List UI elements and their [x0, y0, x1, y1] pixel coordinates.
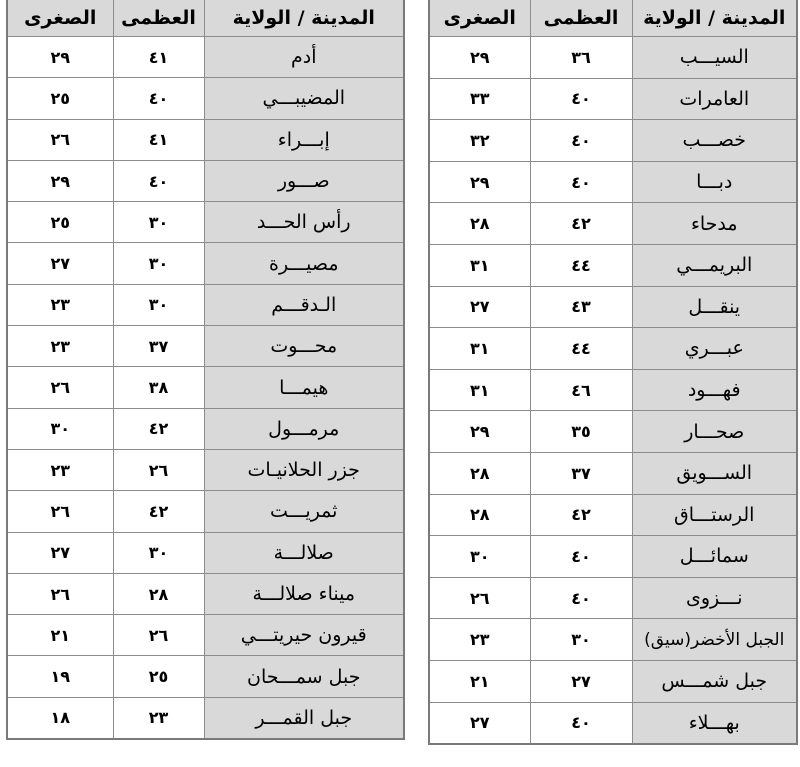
- max-temp-cell: ٤٠: [530, 78, 632, 120]
- max-temp-cell: ٤٠: [530, 536, 632, 578]
- city-cell: جبل سمـــحان: [204, 656, 404, 697]
- min-temp-cell: ٢١: [429, 660, 530, 702]
- max-temp-cell: ٤٠: [530, 702, 632, 744]
- table-row: الرستـــاق٤٢٢٨: [429, 494, 797, 536]
- min-temp-cell: ٢٩: [429, 411, 530, 453]
- max-temp-cell: ٣٨: [113, 367, 204, 408]
- table-row: الســـويق٣٧٢٨: [429, 452, 797, 494]
- min-temp-cell: ٢٩: [7, 160, 113, 201]
- max-temp-cell: ٢٨: [113, 573, 204, 614]
- min-temp-cell: ٣٠: [7, 408, 113, 449]
- city-cell: جبل القمـــر: [204, 697, 404, 739]
- city-cell: محـــوت: [204, 326, 404, 367]
- min-temp-cell: ٢٨: [429, 452, 530, 494]
- table-row: قيرون حيريتـــي٢٦٢١: [7, 615, 404, 656]
- table-row: رأس الحـــد٣٠٢٥: [7, 202, 404, 243]
- city-cell: صحـــار: [632, 411, 797, 453]
- min-temp-cell: ٢١: [7, 615, 113, 656]
- max-temp-cell: ٤٠: [530, 120, 632, 162]
- temperature-table-right: المدينة / الولاية العظمى الصغرى السيـــب…: [428, 0, 798, 745]
- min-temp-cell: ٢٣: [7, 326, 113, 367]
- min-temp-cell: ٣٠: [429, 536, 530, 578]
- max-temp-cell: ٣٥: [530, 411, 632, 453]
- table-header-row: المدينة / الولاية العظمى الصغرى: [429, 0, 797, 37]
- min-temp-cell: ٢٣: [7, 284, 113, 325]
- city-cell: رأس الحـــد: [204, 202, 404, 243]
- table-row: ينقـــل٤٣٢٧: [429, 286, 797, 328]
- table-row: مدحاء٤٢٢٨: [429, 203, 797, 245]
- city-cell: ميناء صلالـــة: [204, 573, 404, 614]
- max-temp-cell: ٤٢: [113, 408, 204, 449]
- city-cell: الســـويق: [632, 452, 797, 494]
- max-temp-cell: ٣٧: [530, 452, 632, 494]
- min-temp-cell: ١٩: [7, 656, 113, 697]
- max-temp-cell: ٢٧: [530, 660, 632, 702]
- table-row: بهـــلاء٤٠٢٧: [429, 702, 797, 744]
- header-min: الصغرى: [429, 0, 530, 37]
- header-max: العظمى: [530, 0, 632, 37]
- max-temp-cell: ٣٠: [113, 532, 204, 573]
- table-row: جزر الحلانيـات٢٦٢٣: [7, 449, 404, 490]
- table-row: مصيـــرة٣٠٢٧: [7, 243, 404, 284]
- min-temp-cell: ٣١: [429, 328, 530, 370]
- table-row: محـــوت٣٧٢٣: [7, 326, 404, 367]
- city-cell: أدم: [204, 37, 404, 78]
- city-cell: مصيـــرة: [204, 243, 404, 284]
- city-cell: العامرات: [632, 78, 797, 120]
- table-row: البريمـــي٤٤٣١: [429, 244, 797, 286]
- header-city: المدينة / الولاية: [204, 0, 404, 37]
- table-row: الـدقـــم٣٠٢٣: [7, 284, 404, 325]
- city-cell: ثمريـــت: [204, 491, 404, 532]
- max-temp-cell: ٢٦: [113, 615, 204, 656]
- city-cell: بهـــلاء: [632, 702, 797, 744]
- header-min: الصغرى: [7, 0, 113, 37]
- min-temp-cell: ٢٦: [429, 577, 530, 619]
- table-row: عبـــري٤٤٣١: [429, 328, 797, 370]
- min-temp-cell: ٢٧: [429, 702, 530, 744]
- city-cell: هيمـــا: [204, 367, 404, 408]
- city-cell: الجبل الأخضر(سيق): [632, 619, 797, 661]
- table-row: العامرات٤٠٣٣: [429, 78, 797, 120]
- city-cell: صـــور: [204, 160, 404, 201]
- min-temp-cell: ٢٣: [7, 449, 113, 490]
- min-temp-cell: ٢٥: [7, 78, 113, 119]
- table-row: نـــزوى٤٠٢٦: [429, 577, 797, 619]
- max-temp-cell: ٤٢: [530, 203, 632, 245]
- table-row: الجبل الأخضر(سيق)٣٠٢٣: [429, 619, 797, 661]
- header-max: العظمى: [113, 0, 204, 37]
- max-temp-cell: ٤٤: [530, 328, 632, 370]
- header-city: المدينة / الولاية: [632, 0, 797, 37]
- table-row: جبل شمـــس٢٧٢١: [429, 660, 797, 702]
- city-cell: فهـــود: [632, 369, 797, 411]
- city-cell: السيـــب: [632, 37, 797, 79]
- city-cell: ينقـــل: [632, 286, 797, 328]
- min-temp-cell: ١٨: [7, 697, 113, 739]
- max-temp-cell: ٤١: [113, 119, 204, 160]
- max-temp-cell: ٤١: [113, 37, 204, 78]
- min-temp-cell: ٢٨: [429, 203, 530, 245]
- min-temp-cell: ٢٦: [7, 119, 113, 160]
- city-cell: الرستـــاق: [632, 494, 797, 536]
- city-cell: جبل شمـــس: [632, 660, 797, 702]
- min-temp-cell: ٢٩: [429, 161, 530, 203]
- city-cell: خصـــب: [632, 120, 797, 162]
- max-temp-cell: ٣٠: [113, 284, 204, 325]
- city-cell: صلالـــة: [204, 532, 404, 573]
- city-cell: قيرون حيريتـــي: [204, 615, 404, 656]
- min-temp-cell: ٢٧: [429, 286, 530, 328]
- city-cell: الـدقـــم: [204, 284, 404, 325]
- table-row: جبل القمـــر٢٣١٨: [7, 697, 404, 739]
- city-cell: مرمـــول: [204, 408, 404, 449]
- table-row: أدم٤١٢٩: [7, 37, 404, 78]
- table-row: السيـــب٣٦٢٩: [429, 37, 797, 79]
- table-row: مرمـــول٤٢٣٠: [7, 408, 404, 449]
- city-cell: إبـــراء: [204, 119, 404, 160]
- table-row: إبـــراء٤١٢٦: [7, 119, 404, 160]
- min-temp-cell: ٢٣: [429, 619, 530, 661]
- table-row: ثمريـــت٤٢٢٦: [7, 491, 404, 532]
- min-temp-cell: ٣١: [429, 369, 530, 411]
- max-temp-cell: ٤٢: [530, 494, 632, 536]
- table-row: سمائـــل٤٠٣٠: [429, 536, 797, 578]
- max-temp-cell: ٤٠: [113, 160, 204, 201]
- table-row: صـــور٤٠٢٩: [7, 160, 404, 201]
- max-temp-cell: ٤٠: [530, 577, 632, 619]
- min-temp-cell: ٢٦: [7, 491, 113, 532]
- table-header-row: المدينة / الولاية العظمى الصغرى: [7, 0, 404, 37]
- max-temp-cell: ٤٠: [113, 78, 204, 119]
- table-row: دبـــا٤٠٢٩: [429, 161, 797, 203]
- min-temp-cell: ٢٧: [7, 243, 113, 284]
- table-row: خصـــب٤٠٣٢: [429, 120, 797, 162]
- max-temp-cell: ٣٧: [113, 326, 204, 367]
- table-row: صحـــار٣٥٢٩: [429, 411, 797, 453]
- max-temp-cell: ٢٥: [113, 656, 204, 697]
- table-row: ميناء صلالـــة٢٨٢٦: [7, 573, 404, 614]
- min-temp-cell: ٢٦: [7, 573, 113, 614]
- max-temp-cell: ٢٣: [113, 697, 204, 739]
- city-cell: دبـــا: [632, 161, 797, 203]
- min-temp-cell: ٢٦: [7, 367, 113, 408]
- min-temp-cell: ٢٧: [7, 532, 113, 573]
- city-cell: سمائـــل: [632, 536, 797, 578]
- min-temp-cell: ٣٣: [429, 78, 530, 120]
- city-cell: المضيبـــي: [204, 78, 404, 119]
- min-temp-cell: ٢٨: [429, 494, 530, 536]
- max-temp-cell: ٤٤: [530, 244, 632, 286]
- min-temp-cell: ٣١: [429, 244, 530, 286]
- max-temp-cell: ٢٦: [113, 449, 204, 490]
- table-row: هيمـــا٣٨٢٦: [7, 367, 404, 408]
- max-temp-cell: ٤٢: [113, 491, 204, 532]
- max-temp-cell: ٤٦: [530, 369, 632, 411]
- max-temp-cell: ٤٠: [530, 161, 632, 203]
- city-cell: نـــزوى: [632, 577, 797, 619]
- temperature-table-left: المدينة / الولاية العظمى الصغرى أدم٤١٢٩ …: [6, 0, 405, 740]
- min-temp-cell: ٢٩: [429, 37, 530, 79]
- table-row: جبل سمـــحان٢٥١٩: [7, 656, 404, 697]
- max-temp-cell: ٣٠: [530, 619, 632, 661]
- max-temp-cell: ٤٣: [530, 286, 632, 328]
- city-cell: البريمـــي: [632, 244, 797, 286]
- table-row: صلالـــة٣٠٢٧: [7, 532, 404, 573]
- table-row: فهـــود٤٦٣١: [429, 369, 797, 411]
- min-temp-cell: ٢٥: [7, 202, 113, 243]
- max-temp-cell: ٣٦: [530, 37, 632, 79]
- city-cell: عبـــري: [632, 328, 797, 370]
- max-temp-cell: ٣٠: [113, 243, 204, 284]
- min-temp-cell: ٢٩: [7, 37, 113, 78]
- table-row: المضيبـــي٤٠٢٥: [7, 78, 404, 119]
- max-temp-cell: ٣٠: [113, 202, 204, 243]
- min-temp-cell: ٣٢: [429, 120, 530, 162]
- city-cell: جزر الحلانيـات: [204, 449, 404, 490]
- city-cell: مدحاء: [632, 203, 797, 245]
